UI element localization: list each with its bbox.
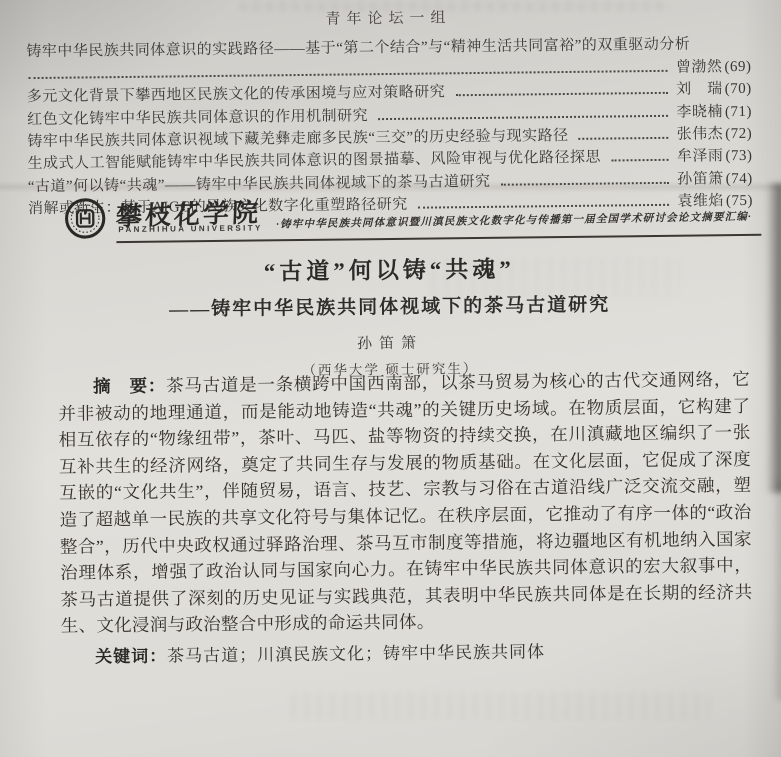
- page-edge-shadow: [766, 183, 781, 493]
- toc-section: 青年论坛一组 铸牢中华民族共同体意识的实践路径——基于“第二个结合”与“精神生活…: [26, 3, 753, 218]
- dot-leader: [611, 159, 669, 162]
- toc-entry-page: (72): [725, 126, 752, 143]
- toc-entry-page: (73): [725, 148, 752, 165]
- toc-entry-page: (74): [726, 171, 753, 188]
- keywords-paragraph: 关键词：茶马古道；川滇民族文化；铸牢中华民族共同体: [61, 637, 753, 671]
- toc-entry-title-text: 红色文化铸牢中华民族共同体意识的作用机制研究: [27, 104, 368, 129]
- abstract-paragraph: 摘 要：茶马古道是一条横跨中国西南部，以茶马贸易为核心的古代交通网络，它并非被动…: [58, 366, 753, 640]
- toc-entry-author: 张伟杰: [677, 122, 724, 144]
- university-name-english: PANZHIHUA UNIVERSITY: [118, 223, 263, 234]
- header-underline: [116, 234, 761, 243]
- abstract-text: 茶马古道是一条横跨中国西南部，以茶马贸易为核心的古代交通网络，它并非被动的地理通…: [58, 369, 752, 636]
- keywords-label: 关键词：: [95, 646, 167, 666]
- toc-entry-author: 李晓楠: [676, 100, 723, 122]
- toc-entry-author: 孙笛箫: [677, 167, 724, 189]
- dot-leader: [500, 182, 669, 186]
- toc-entry-page: (70): [725, 81, 752, 98]
- keywords-text: 茶马古道；川滇民族文化；铸牢中华民族共同体: [167, 642, 545, 665]
- page-content: 青年论坛一组 铸牢中华民族共同体意识的实践路径——基于“第二个结合”与“精神生活…: [0, 0, 781, 757]
- toc-section-heading: 青年论坛一组: [26, 3, 751, 32]
- abstract-label: 摘 要：: [93, 376, 166, 397]
- toc-entry-page: (69): [724, 59, 751, 76]
- toc-entry-author: 刘 瑞: [676, 77, 723, 99]
- article-author: 孙笛箫: [0, 328, 781, 358]
- toc-entry-author: 牟泽雨: [677, 145, 724, 167]
- dot-leader: [579, 137, 669, 140]
- dot-leader: [378, 114, 668, 119]
- proceedings-banner-text: ·铸牢中华民族共同体意识暨川滇民族文化数字化与传播第一届全国学术研讨会论文摘要汇…: [276, 208, 763, 231]
- university-seal-icon: [64, 197, 106, 239]
- article-body: 摘 要：茶马古道是一条横跨中国西南部，以茶马贸易为核心的古代交通网络，它并非被动…: [58, 366, 753, 671]
- article-title: “古道”何以铸“共魂”: [0, 248, 780, 290]
- article-head: “古道”何以铸“共魂” ——铸牢中华民族共同体视域下的茶马古道研究 孙笛箫 （西…: [0, 248, 781, 383]
- article-subtitle: ——铸牢中华民族共同体视域下的茶马古道研究: [0, 288, 780, 324]
- toc-entry-author: 曾渤然: [676, 55, 723, 77]
- proceedings-header-band: 攀枝花学院 PANZHIHUA UNIVERSITY ·铸牢中华民族共同体意识暨…: [58, 188, 764, 246]
- page-edge-shadow: [772, 480, 781, 700]
- toc-entry-page: (71): [725, 103, 752, 120]
- scanned-page-photo: 青年论坛一组 铸牢中华民族共同体意识的实践路径——基于“第二个结合”与“精神生活…: [0, 0, 781, 757]
- dot-leader: [455, 92, 668, 96]
